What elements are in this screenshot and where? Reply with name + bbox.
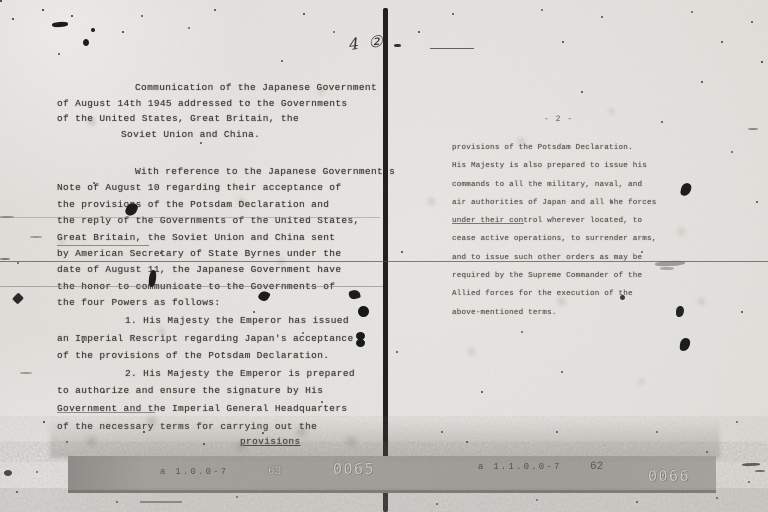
left-page-heading: Communication of the Japanese Government… (57, 80, 377, 142)
ink-blob (356, 332, 365, 340)
page-fold-spine-line (383, 8, 388, 512)
ink-blob (748, 128, 758, 130)
ink-blob (620, 295, 625, 300)
document-line: of August 14th 1945 addressed to the Gov… (57, 96, 377, 112)
right-page-body: provisions of the Potsdam Declaration. H… (452, 139, 657, 322)
document-line: of the necessary terms for carrying out … (57, 418, 355, 436)
scratch-line (430, 48, 474, 49)
ink-blob (4, 470, 12, 476)
left-page-numbered-items: 1. His Majesty the Emperor has issued an… (57, 312, 355, 435)
ink-blob (394, 44, 401, 47)
film-code-left: a 1.0.0-7 (160, 467, 228, 477)
ink-blob (20, 372, 32, 374)
document-line: to authorize and ensure the signature by… (57, 382, 355, 400)
document-line: air authorities of Japan and all the for… (452, 194, 657, 212)
film-edge-strip (0, 488, 768, 512)
ink-blob (52, 21, 68, 27)
document-line: provisions of the Potsdam Declaration. (452, 139, 657, 157)
page-number: - 2 - (544, 115, 573, 124)
page-stamp-right: 0066 (648, 467, 690, 485)
film-code-right: a 1.1.0.0-7 (478, 462, 562, 472)
document-line: under their control wherever located, to (452, 212, 657, 230)
ink-blob (12, 292, 24, 304)
underline-artifact (57, 245, 149, 246)
ink-blob (0, 258, 10, 260)
ink-blob (676, 306, 684, 317)
document-line: above-mentioned terms. (452, 304, 657, 322)
document-line: cease active operations, to surrender ar… (452, 230, 657, 248)
document-line: 2. His Majesty the Emperor is prepared (125, 365, 355, 383)
document-scan: Communication of the Japanese Government… (0, 0, 768, 512)
document-line: required by the Supreme Commander of the (452, 267, 657, 285)
smudged-handwriting (660, 267, 674, 270)
frame-number-right: 62 (590, 461, 603, 473)
ink-blob (755, 470, 765, 472)
document-line: by American Secretary of State Byrnes un… (57, 246, 395, 262)
document-line: Allied forces for the execution of the (452, 285, 657, 303)
ink-blob (30, 236, 42, 238)
catchword: provisions (240, 436, 301, 447)
ink-blob (83, 39, 89, 46)
scratch-line (0, 286, 383, 287)
document-line: the provisions of the Potsdam Declaratio… (57, 197, 395, 213)
ink-blob (358, 306, 369, 317)
frame-number-left: 63 (268, 466, 281, 478)
document-line: and to issue such other orders as may be (452, 249, 657, 267)
noise-specks (0, 0, 2, 2)
document-line: Soviet Union and China. (121, 127, 377, 143)
document-line: an Imperial Rescript regarding Japan's a… (57, 330, 355, 348)
ink-blob (680, 182, 692, 197)
page-stamp-left: 0065 (333, 460, 375, 478)
document-line: the honor to communicate to the Governme… (57, 279, 395, 295)
document-line: 1. His Majesty the Emperor has issued (125, 312, 355, 330)
underline-artifact (57, 412, 155, 413)
document-line: the four Powers as follows: (57, 295, 395, 311)
document-line: Note of August 10 regarding their accept… (57, 180, 395, 196)
handwritten-mark: 4 ② (348, 31, 385, 54)
document-line: Great Britain, the Soviet Union and Chin… (57, 230, 395, 246)
document-line: His Majesty is also prepared to issue hi… (452, 157, 657, 175)
smudged-handwriting (655, 260, 685, 267)
ink-blob (0, 216, 14, 218)
document-line: of the provisions of the Potsdam Declara… (57, 347, 355, 365)
document-line: With reference to the Japanese Governmen… (135, 164, 395, 180)
document-line: the reply of the Governments of the Unit… (57, 213, 395, 229)
document-line: date of August 11, the Japanese Governme… (57, 262, 395, 278)
document-line: commands to all the military, naval, and (452, 176, 657, 194)
ink-blob (679, 338, 690, 352)
document-line: of the United States, Great Britain, the (57, 111, 377, 127)
scratch-line (0, 217, 380, 218)
left-page-body: With reference to the Japanese Governmen… (57, 164, 395, 312)
document-line: Government and the Imperial General Head… (57, 400, 355, 418)
scratch-line (0, 261, 768, 262)
underline-artifact (452, 223, 524, 224)
document-line: Communication of the Japanese Government (135, 80, 377, 96)
ink-blob (742, 463, 760, 467)
